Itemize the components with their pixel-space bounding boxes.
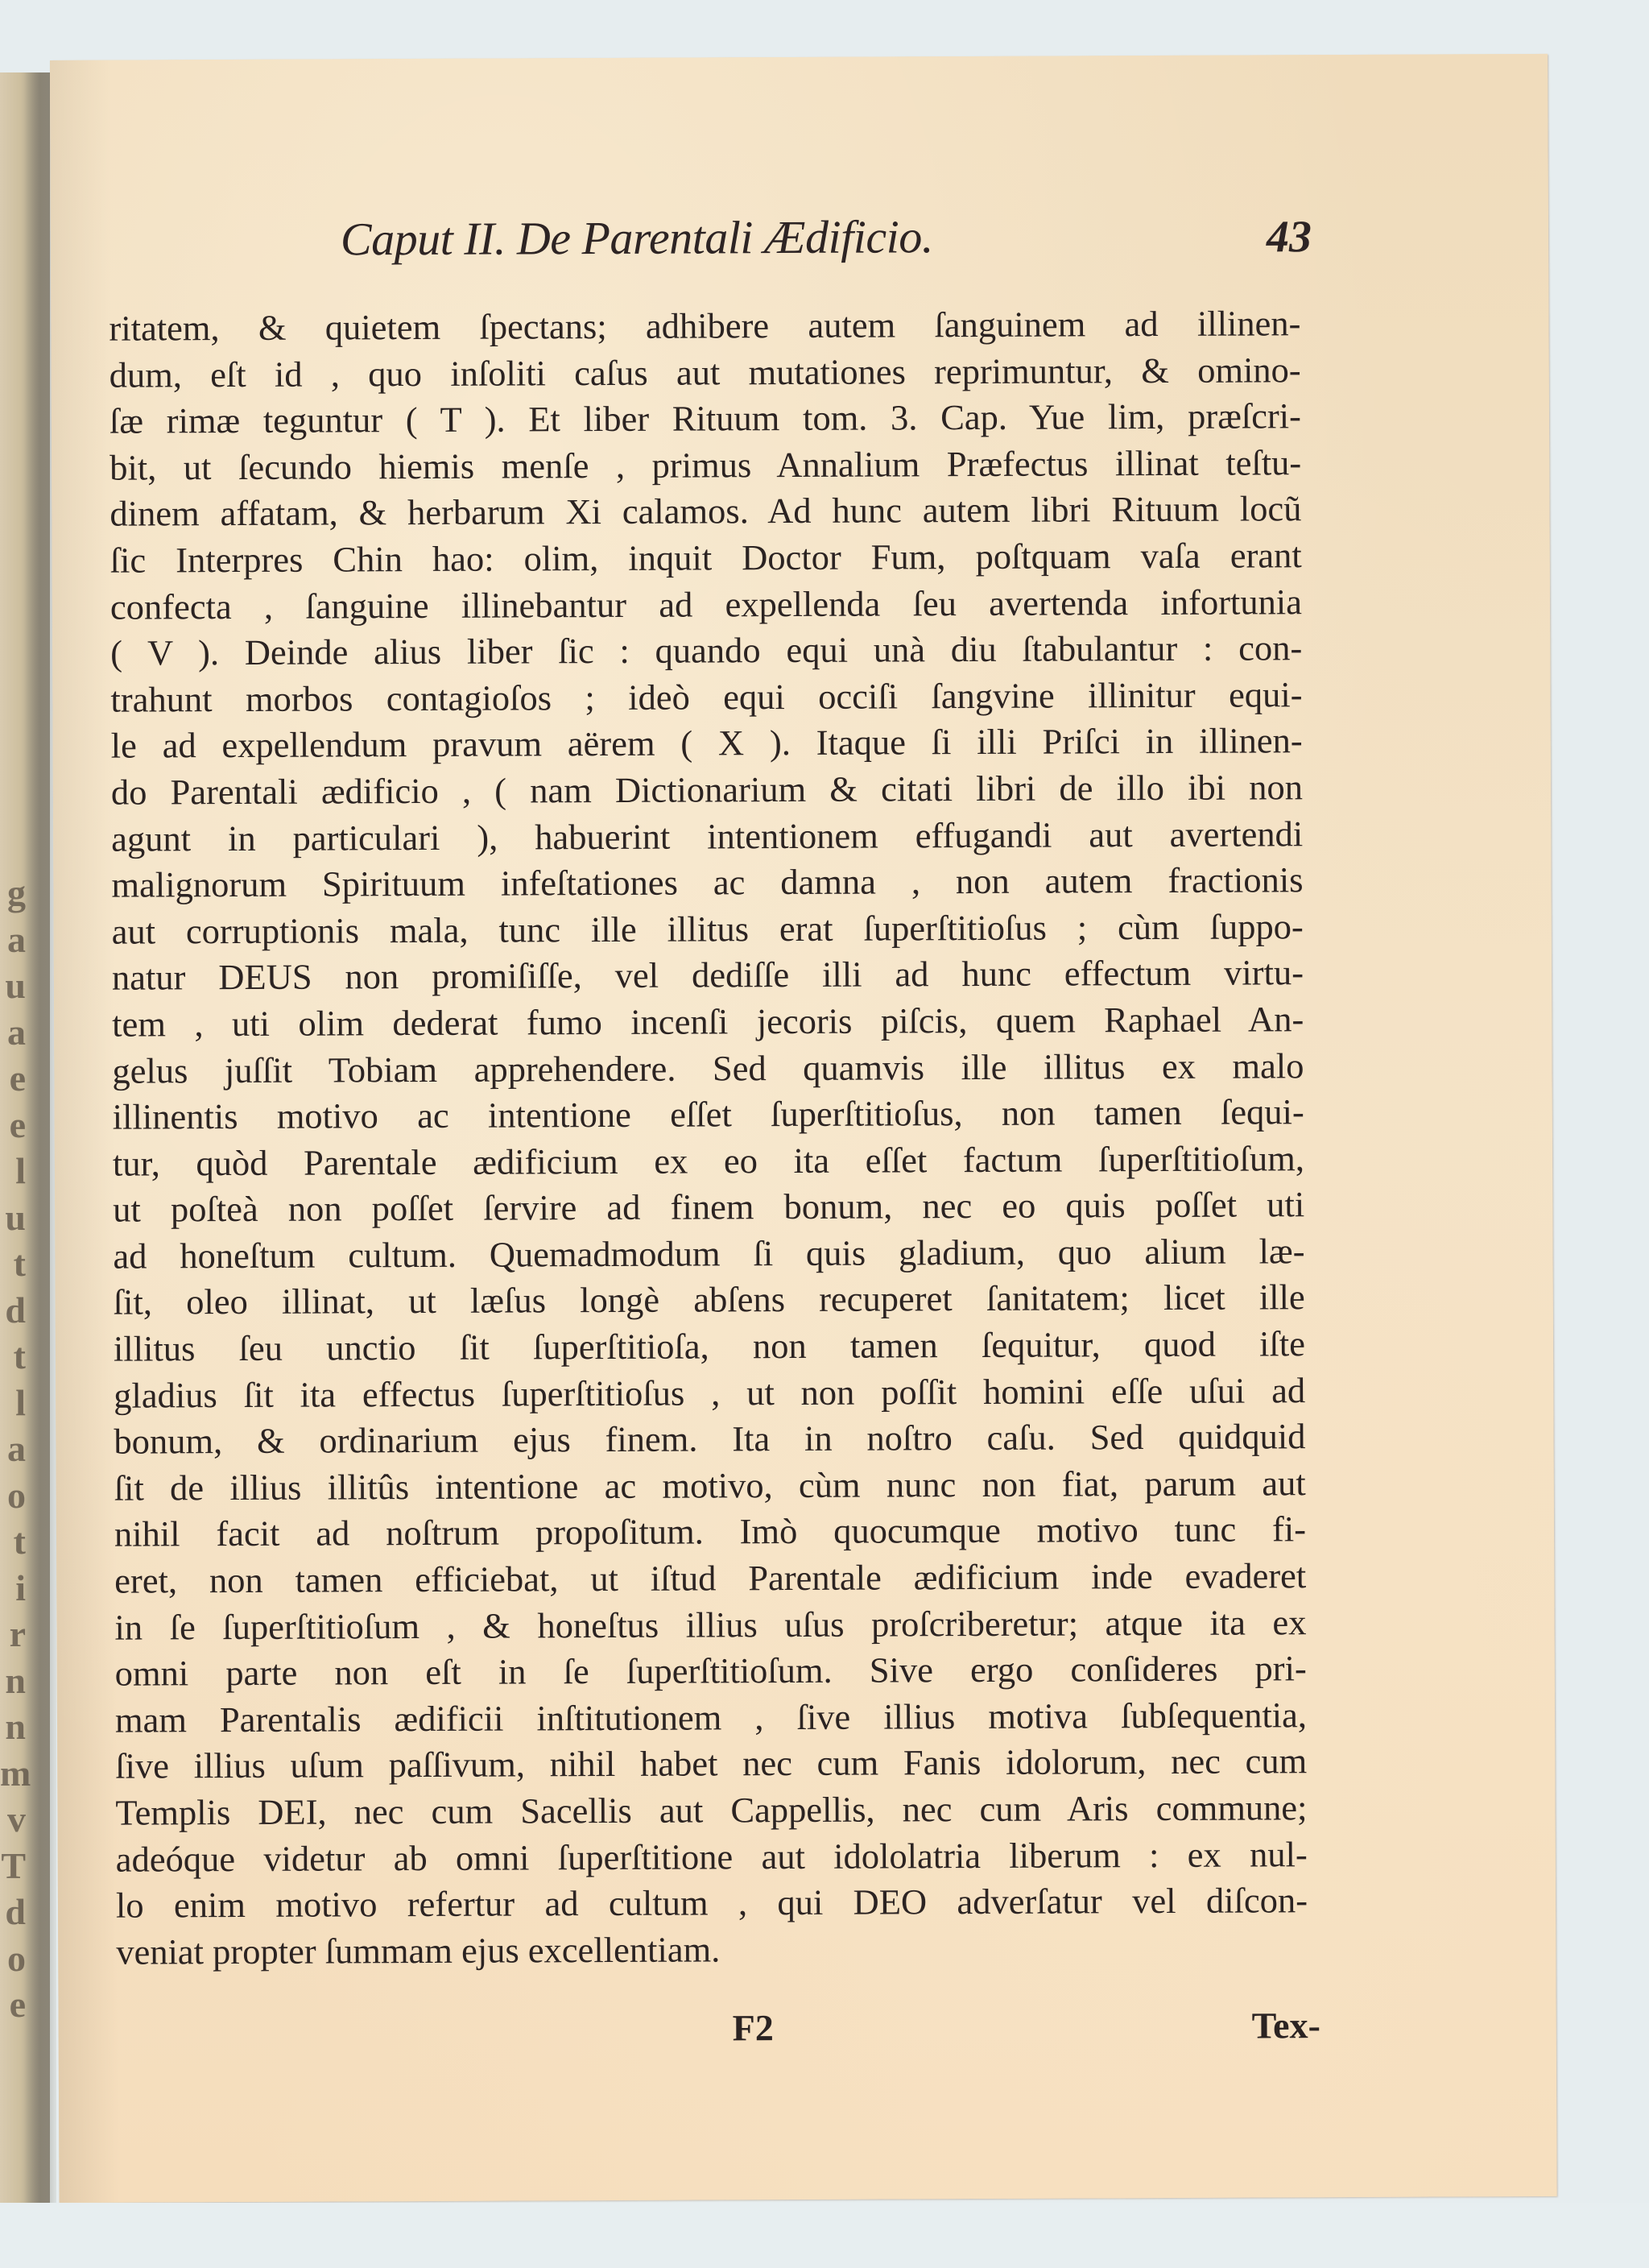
book-page: Caput II. De Parentali Ædificio. 43 rita… — [50, 54, 1557, 2203]
text-line: omni parte non eſt in ſe ſuperſtitioſum.… — [115, 1645, 1307, 1697]
text-line: mam Parentalis ædificii inſtitutionem , … — [115, 1692, 1307, 1744]
text-line: bit, ut ſecundo hiemis menſe , primus An… — [110, 440, 1301, 491]
facing-page-fragment: d — [0, 1889, 24, 1935]
facing-page-fragment: e — [0, 1981, 24, 2028]
text-line: veniat propter ſummam ejus excellentiam. — [116, 1924, 1308, 1976]
text-line: ſit de illius illitûs intentione ac moti… — [114, 1460, 1306, 1512]
facing-page-fragment: n — [0, 1658, 24, 1704]
facing-page-fragment: d — [0, 1287, 24, 1334]
text-line: illitus ſeu unctio ſit ſuperſtitioſa, no… — [114, 1321, 1305, 1372]
facing-page-fragment: v — [0, 1796, 24, 1843]
facing-page-fragment: r — [0, 1611, 24, 1658]
page-number: 43 — [1267, 211, 1312, 263]
facing-page-fragment: e — [0, 1102, 24, 1148]
facing-page-fragment: u — [0, 962, 24, 1009]
text-line: tur, quòd Parentale ædificium ex eo ita … — [113, 1136, 1304, 1187]
facing-page-fragment: l — [0, 1380, 24, 1426]
facing-page-fragment: l — [0, 1148, 24, 1194]
text-line: confecta , ſanguine illinebantur ad expe… — [110, 579, 1302, 631]
text-line: Templis DEI, nec cum Sacellis aut Cappel… — [115, 1785, 1307, 1836]
text-line: ſic Interpres Chin hao: olim, inquit Doc… — [110, 532, 1302, 584]
text-line: gladius ſit ita effectus ſuperſtitioſus … — [114, 1368, 1305, 1419]
text-line: le ad expellendum pravum aërem ( X ). It… — [111, 718, 1303, 770]
facing-page-fragment: t — [0, 1240, 24, 1287]
facing-page-bleed-letters: gauaeelutdtlaotirnnmvTdoe — [0, 870, 24, 2028]
text-line: ut poſteà non poſſet ſervire ad finem bo… — [113, 1182, 1304, 1233]
text-line: nihil facit ad noſtrum propoſitum. Imò q… — [114, 1507, 1306, 1558]
text-line: ſit, oleo illinat, ut læſus longè abſens… — [114, 1275, 1305, 1326]
facing-page-fragment: o — [0, 1935, 24, 1982]
text-line: natur DEUS non promiſiſſe, vel dediſſe i… — [112, 950, 1304, 1002]
facing-page-fragment: o — [0, 1472, 24, 1519]
text-line: gelus juſſit Tobiam apprehendere. Sed qu… — [112, 1043, 1304, 1095]
text-line: dinem affatam, & herbarum Xi calamos. Ad… — [110, 486, 1301, 538]
facing-page-fragment: g — [0, 870, 24, 917]
facing-page-fragment: a — [0, 1009, 24, 1056]
running-head: Caput II. De Parentali Ædificio. 43 — [341, 206, 1629, 284]
page-footer: F2 Tex- — [117, 2004, 1308, 2065]
signature-mark: F2 — [733, 2006, 774, 2049]
text-line: malignorum Spirituum infeſtationes ac da… — [111, 857, 1303, 908]
text-line: ritatem, & quietem ſpectans; adhibere au… — [109, 300, 1300, 352]
text-line: illinentis motivo ac intentione eſſet ſu… — [113, 1089, 1304, 1140]
scanner-background — [0, 2203, 1649, 2268]
facing-page-fragment: t — [0, 1333, 24, 1380]
facing-page-fragment: u — [0, 1194, 24, 1241]
text-line: aut corruptionis mala, tunc ille illitus… — [112, 904, 1304, 955]
text-line: dum, eſt id , quo inſoliti caſus aut mut… — [110, 347, 1301, 399]
facing-page-fragment: m — [0, 1750, 24, 1797]
text-line: ad honeſtum cultum. Quemadmodum ſi quis … — [113, 1228, 1304, 1280]
text-line: adeóque videtur ab omni ſuperſtitione au… — [116, 1831, 1308, 1883]
catchword: Tex- — [1252, 2004, 1320, 2047]
text-line: ſive illius uſum paſſivum, nihil habet n… — [115, 1739, 1307, 1790]
facing-page-fragment: a — [0, 917, 24, 963]
facing-page-fragment: a — [0, 1426, 24, 1472]
text-line: do Parentali ædificio , ( nam Dictionari… — [111, 764, 1303, 816]
facing-page-fragment: n — [0, 1703, 24, 1750]
text-line: trahunt morbos contagioſos ; ideò equi o… — [110, 672, 1302, 723]
text-line: agunt in particulari ), habuerint intent… — [111, 811, 1303, 863]
facing-page-fragment: e — [0, 1055, 24, 1102]
text-line: eret, non tamen efficiebat, ut iſtud Par… — [114, 1553, 1306, 1604]
facing-page-fragment: i — [0, 1565, 24, 1612]
facing-page-fragment: T — [0, 1843, 24, 1889]
text-line: ( V ). Deinde alius liber ſic : quando e… — [110, 625, 1302, 677]
body-text: ritatem, & quietem ſpectans; adhibere au… — [109, 300, 1308, 1976]
text-line: ſæ rimæ teguntur ( T ). Et liber Rituum … — [110, 393, 1301, 445]
text-line: in ſe ſuperſtitioſum , & honeſtus illius… — [114, 1600, 1306, 1651]
chapter-title: Caput II. De Parentali Ædificio. — [341, 209, 933, 266]
facing-page-fragment: t — [0, 1518, 24, 1565]
text-line: lo enim motivo refertur ad cultum , qui … — [116, 1877, 1308, 1929]
text-line: bonum, & ordinarium ejus finem. Ita in n… — [114, 1413, 1305, 1465]
text-line: tem , uti olim dederat fumo incenſi jeco… — [112, 996, 1304, 1048]
